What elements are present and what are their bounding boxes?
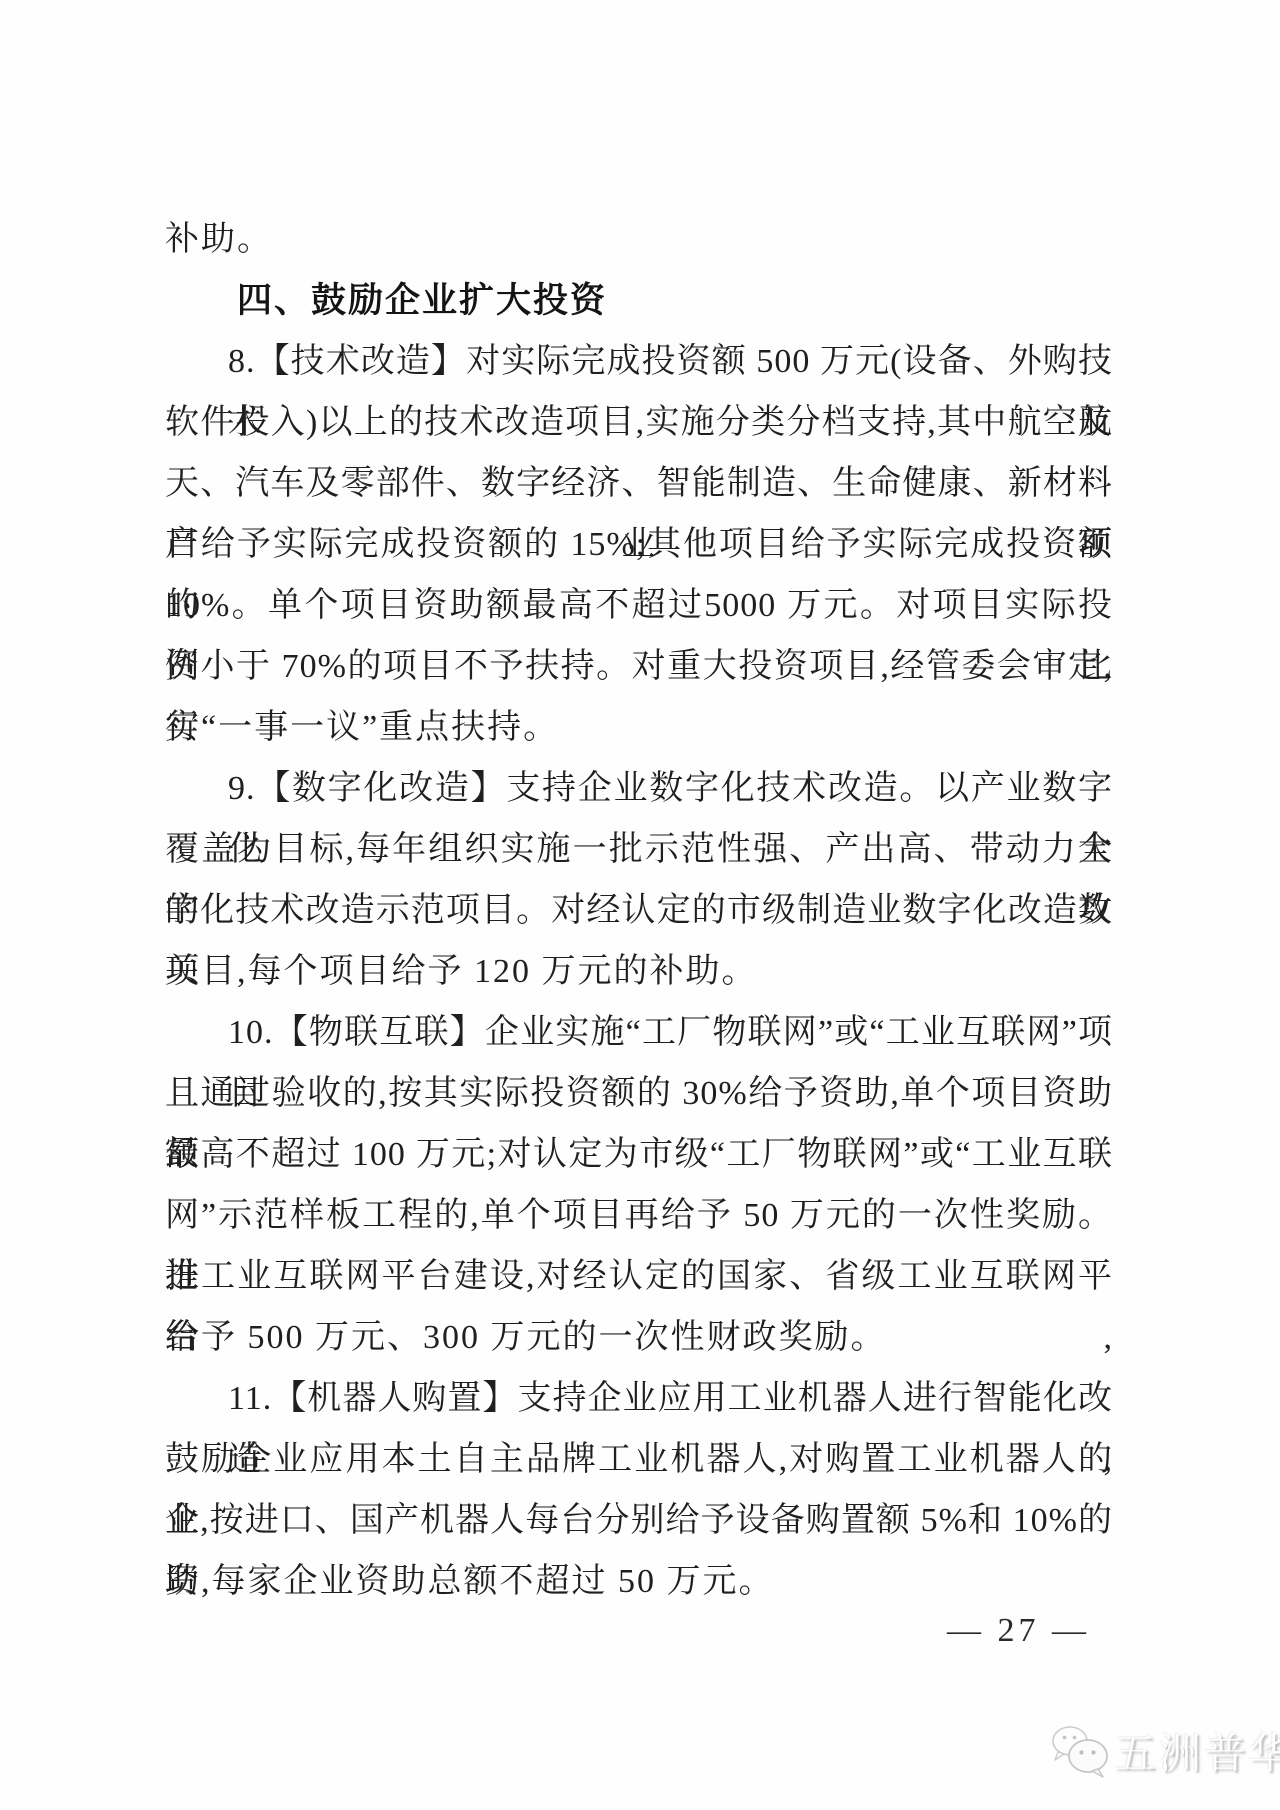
text-line: 且通过验收的,按其实际投资额的 30%给予资助,单个项目资助额: [165, 1063, 1113, 1124]
text-line: 项目,每个项目给予 120 万元的补助。: [165, 941, 1113, 1002]
document-page: 补助。四、鼓励企业扩大投资8.【技术改造】对实际完成投资额 500 万元(设备、…: [0, 0, 1280, 1810]
text-line: 软件投入)以上的技术改造项目,实施分类分档支持,其中航空航: [165, 392, 1113, 453]
text-line: 最高不超过 100 万元;对认定为市级“工厂物联网”或“工业互联: [165, 1124, 1113, 1185]
text-line: 天、汽车及零部件、数字经济、智能制造、生命健康、新材料产业项: [165, 453, 1113, 514]
document-text: 补助。四、鼓励企业扩大投资8.【技术改造】对实际完成投资额 500 万元(设备、…: [165, 209, 1113, 1612]
text-line: 行“一事一议”重点扶持。: [165, 697, 1113, 758]
text-line: 8.【技术改造】对实际完成投资额 500 万元(设备、外购技术及: [165, 331, 1113, 392]
text-line: 业,按进口、国产机器人每台分别给予设备购置额 5%和 10%的资: [165, 1490, 1113, 1551]
text-line: 补助。: [165, 209, 1113, 270]
text-line: 字化技术改造示范项目。对经认定的市级制造业数字化改造攻关: [165, 880, 1113, 941]
text-line: 网”示范样板工程的,单个项目再给予 50 万元的一次性奖励。推: [165, 1185, 1113, 1246]
text-line: 覆盖为目标,每年组织实施一批示范性强、产出高、带动力大的数: [165, 819, 1113, 880]
wechat-icon: [1048, 1723, 1112, 1779]
text-line: 目给予实际完成投资额的 15%;其他项目给予实际完成投资额的: [165, 514, 1113, 575]
text-line: 10.【物联互联】企业实施“工厂物联网”或“工业互联网”项目: [165, 1002, 1113, 1063]
watermark: 五洲普华: [1048, 1720, 1280, 1782]
text-line: 9.【数字化改造】支持企业数字化技术改造。以产业数字化全: [165, 758, 1113, 819]
text-line: 10%。单个项目资助额最高不超过5000 万元。对项目实际投资比: [165, 575, 1113, 636]
text-line: 例小于 70%的项目不予扶持。对重大投资项目,经管委会审定,实: [165, 636, 1113, 697]
page-number: — 27 —: [947, 1601, 1090, 1661]
watermark-label: 五洲普华: [1114, 1721, 1280, 1781]
text-line: 进工业互联网平台建设,对经认定的国家、省级工业互联网平台,: [165, 1246, 1113, 1307]
section-heading: 四、鼓励企业扩大投资: [165, 270, 1113, 331]
text-line: 11.【机器人购置】支持企业应用工业机器人进行智能化改造,: [165, 1368, 1113, 1429]
text-line: 鼓励企业应用本土自主品牌工业机器人,对购置工业机器人的企: [165, 1429, 1113, 1490]
